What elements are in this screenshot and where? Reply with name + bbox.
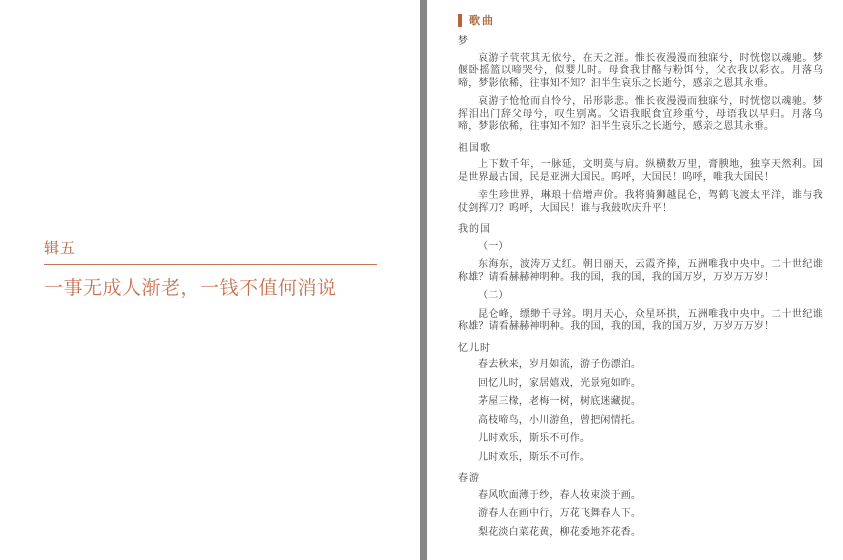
book-spread: 辑五 一事无成人渐老，一钱不值何消说 歌曲 梦 哀游子茕茕其无依兮，在天之涯。惟… [0,0,843,560]
song-verse-line: 儿时欢乐，斯乐不可作。 [458,433,823,446]
songs-body: 梦 哀游子茕茕其无依兮，在天之涯。惟长夜漫漫而独寐兮，时恍惚以魂驰。梦偃卧摇篮以… [458,36,823,539]
chapter-title-block: 辑五 一事无成人渐老，一钱不值何消说 [44,237,377,300]
song-verse-line: 春风吹面薄于纱，春人妆束淡于画。 [458,490,823,503]
song-title: 春游 [458,473,823,486]
song-title: 忆儿时 [458,343,823,356]
song-title: 梦 [458,36,823,49]
song-verse-line: 儿时欢乐，斯乐不可作。 [458,452,823,465]
song-stanza-number: （二） [458,290,823,303]
song-paragraph: 东海东，波涛万丈红。朝日丽天，云霞齐捧，五洲唯我中央中。二十世纪谁称雄？请看赫赫… [458,259,823,284]
song-verse-line: 春去秋来，岁月如流，游子伤漂泊。 [458,359,823,372]
song-paragraph: 哀游子怆怆而自怜兮，吊形影悲。惟长夜漫漫而独寐兮，时恍惚以魂驰。梦挥泪出门辞父母… [458,96,823,134]
song-verse-line: 高枝啼鸟，小川游鱼，曾把闲情托。 [458,415,823,428]
section-header-label: 歌曲 [469,12,495,28]
section-header: 歌曲 [458,13,823,27]
song-verse-line: 茅屋三椽，老梅一树，树底迷藏捉。 [458,396,823,409]
song-paragraph: 哀游子茕茕其无依兮，在天之涯。惟长夜漫漫而独寐兮，时恍惚以魂驰。梦偃卧摇篮以啼哭… [458,53,823,91]
chapter-number-label: 辑五 [44,237,377,265]
accent-bar-icon [458,14,462,27]
page-left: 辑五 一事无成人渐老，一钱不值何消说 [0,0,420,560]
song-verse-line: 梨花淡白菜花黄，柳花委地芥花香。 [458,527,823,540]
song-title: 祖国歌 [458,143,823,156]
song-paragraph: 幸生珍世界，琳琅十倍增声价。我将骑狮越昆仑，驾鹤飞渡太平洋，谁与我仗剑挥刀？呜呼… [458,190,823,215]
song-verse-line: 回忆儿时，家居嬉戏，光景宛如昨。 [458,378,823,391]
page-right: 歌曲 梦 哀游子茕茕其无依兮，在天之涯。惟长夜漫漫而独寐兮，时恍惚以魂驰。梦偃卧… [427,0,843,560]
song-title: 我的国 [458,224,823,237]
song-paragraph: 上下数千年，一脉延，文明莫与肩。纵横数万里，膏腴地，独享天然利。国是世界最古国，… [458,159,823,184]
chapter-title: 一事无成人渐老，一钱不值何消说 [44,273,377,300]
song-verse-line: 游春人在画中行，万花飞舞春人下。 [458,508,823,521]
page-gutter-divider [420,0,427,560]
song-paragraph: 昆仑峰，缥缈千寻耸。明月天心，众星环拱，五洲唯我中央中。二十世纪谁称雄？请看赫赫… [458,309,823,334]
song-stanza-number: （一） [458,241,823,254]
